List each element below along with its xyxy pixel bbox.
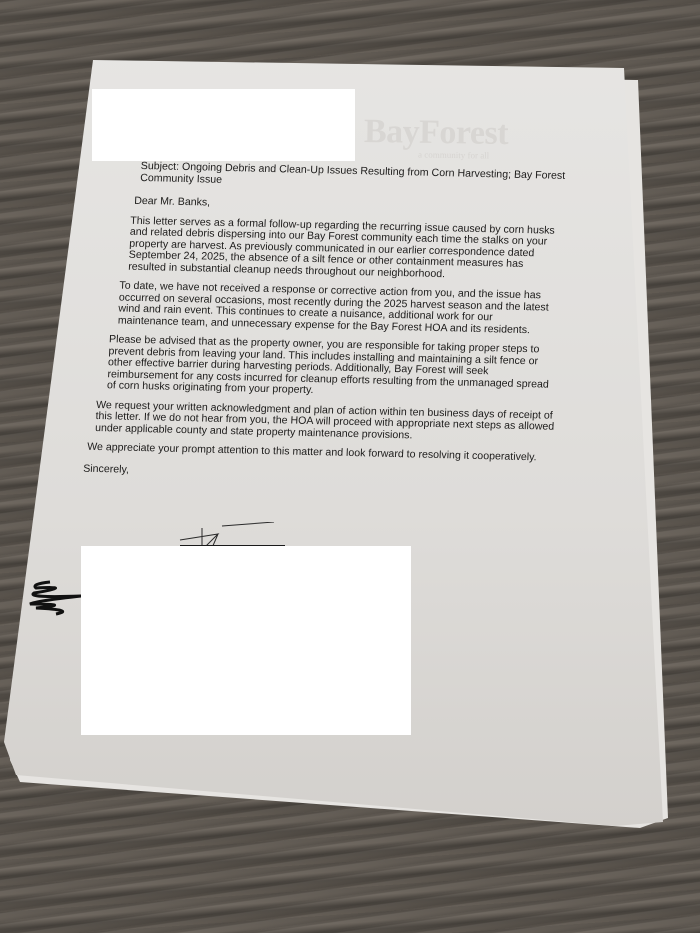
paragraph: We request your written acknowledgment a… [95, 399, 559, 444]
letterhead-tagline: a community for all [418, 150, 489, 161]
letter-body: Subject: Ongoing Debris and Clean-Up Iss… [86, 160, 570, 486]
paragraph: We appreciate your prompt attention to t… [87, 442, 537, 464]
redacted-sender-block [92, 89, 355, 161]
letterhead-logo: BayForest [364, 113, 509, 153]
paragraph: Please be advised that as the property o… [107, 334, 560, 402]
paragraph: To date, we have not received a response… [118, 280, 557, 336]
letter-salutation: Dear Mr. Banks, [134, 196, 568, 218]
paragraph: This letter serves as a formal follow-up… [128, 215, 563, 283]
signature-mark [178, 522, 288, 548]
scribbled-out-mark [26, 568, 86, 618]
redacted-signatory-block [81, 546, 411, 735]
